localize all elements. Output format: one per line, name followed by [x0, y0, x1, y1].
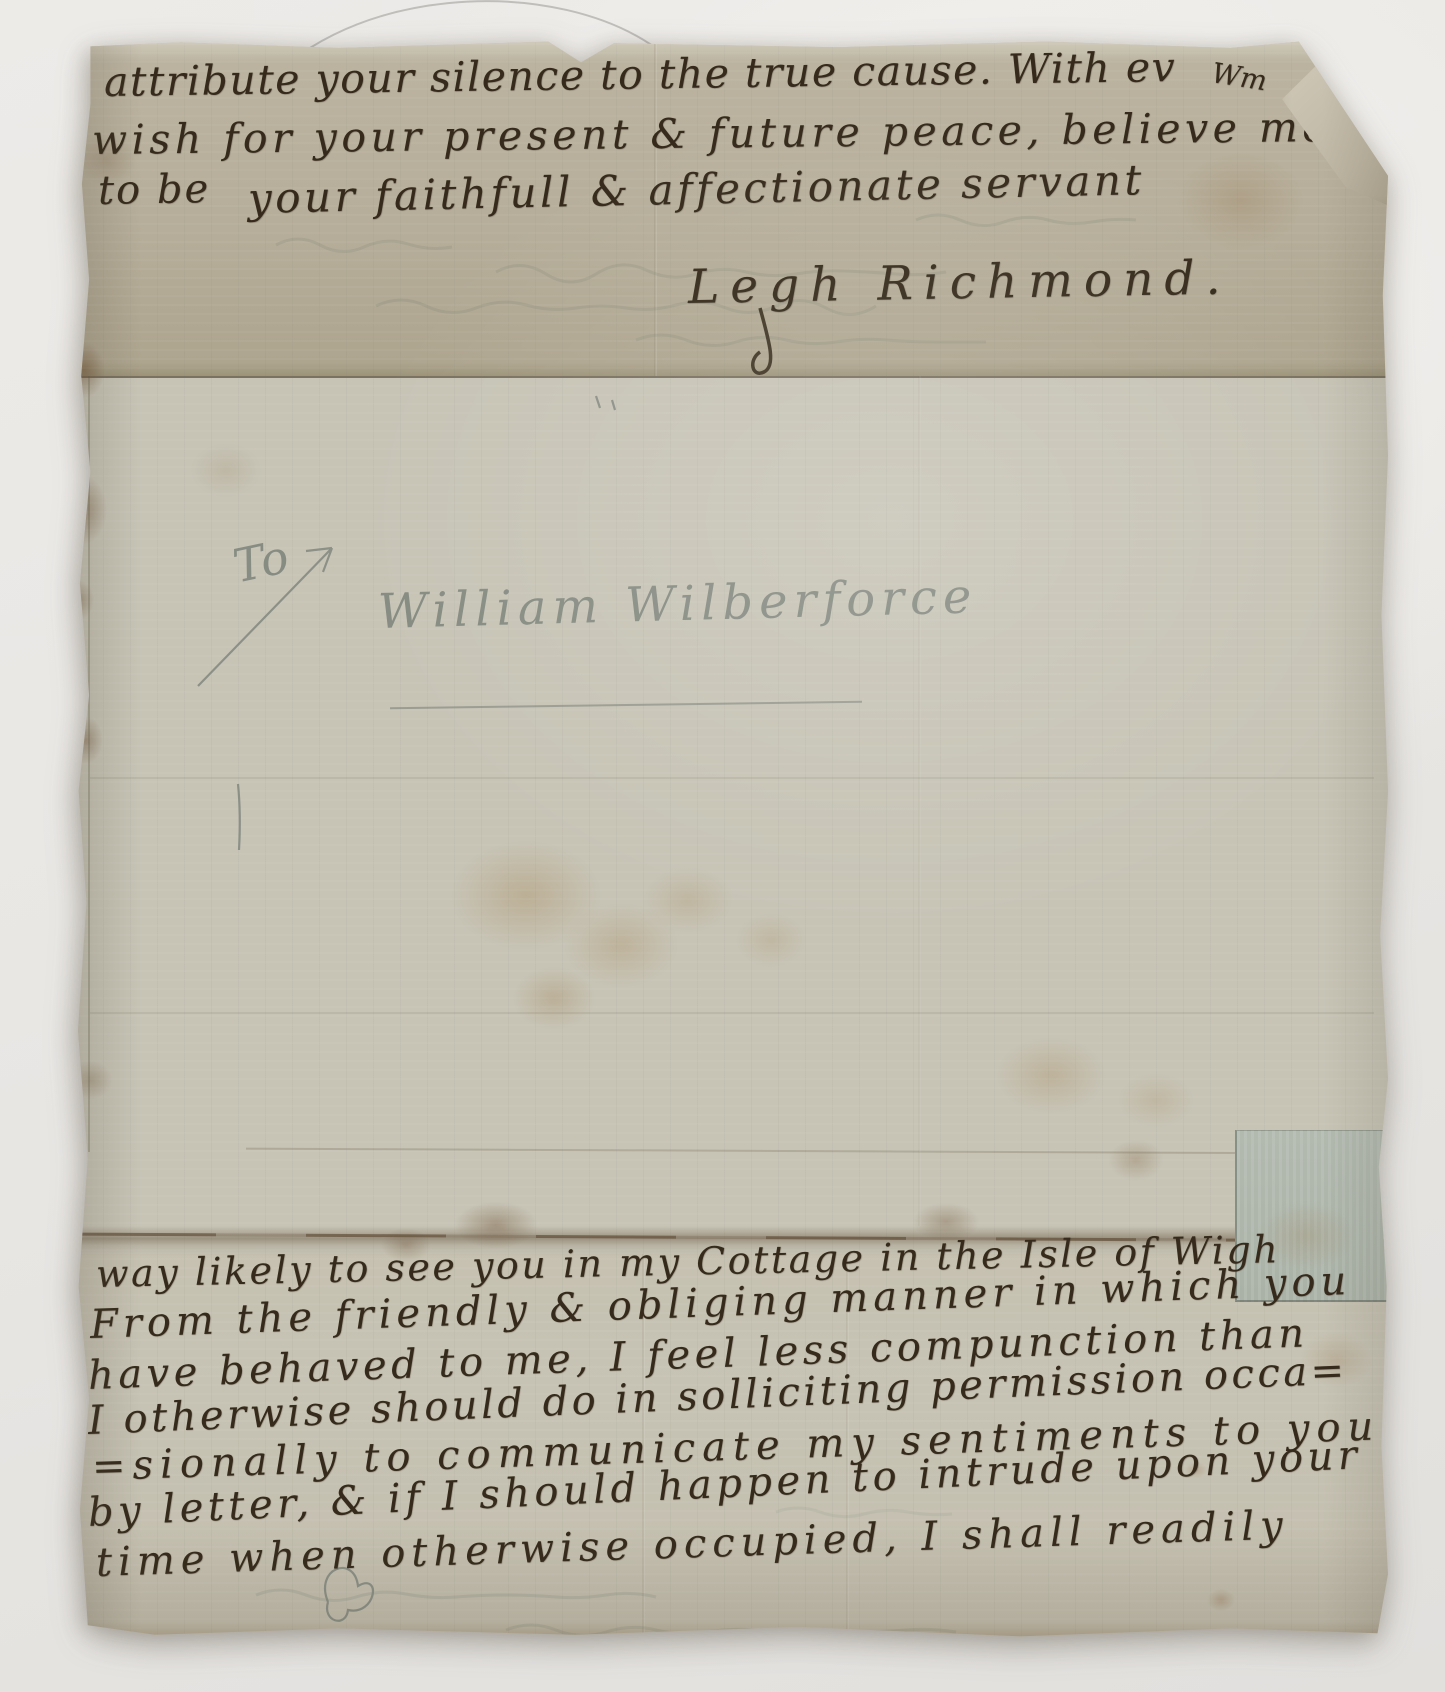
handwriting-line: to be [98, 166, 211, 214]
pencil-underline [390, 701, 862, 710]
photo-background: attribute your silence to the true cause… [0, 0, 1445, 1692]
address-panel-left-edge [88, 376, 90, 1152]
horizontal-crease [90, 777, 1374, 779]
horizontal-crease [90, 1012, 1374, 1014]
address-to-label: To [228, 529, 293, 593]
address-panel-bottom-edge [246, 1148, 1326, 1155]
letter-paper: attribute your silence to the true cause… [76, 40, 1388, 1638]
recipient-name: William Wilberforce [377, 568, 978, 640]
pencil-marks [596, 396, 615, 410]
pencil-tick [238, 784, 240, 850]
letter-paper-wrap: attribute your silence to the true cause… [76, 40, 1388, 1638]
bottom-edge-tint [76, 1622, 1388, 1638]
vertical-crease [918, 376, 921, 1226]
signature: Legh Richmond. [688, 251, 1232, 315]
